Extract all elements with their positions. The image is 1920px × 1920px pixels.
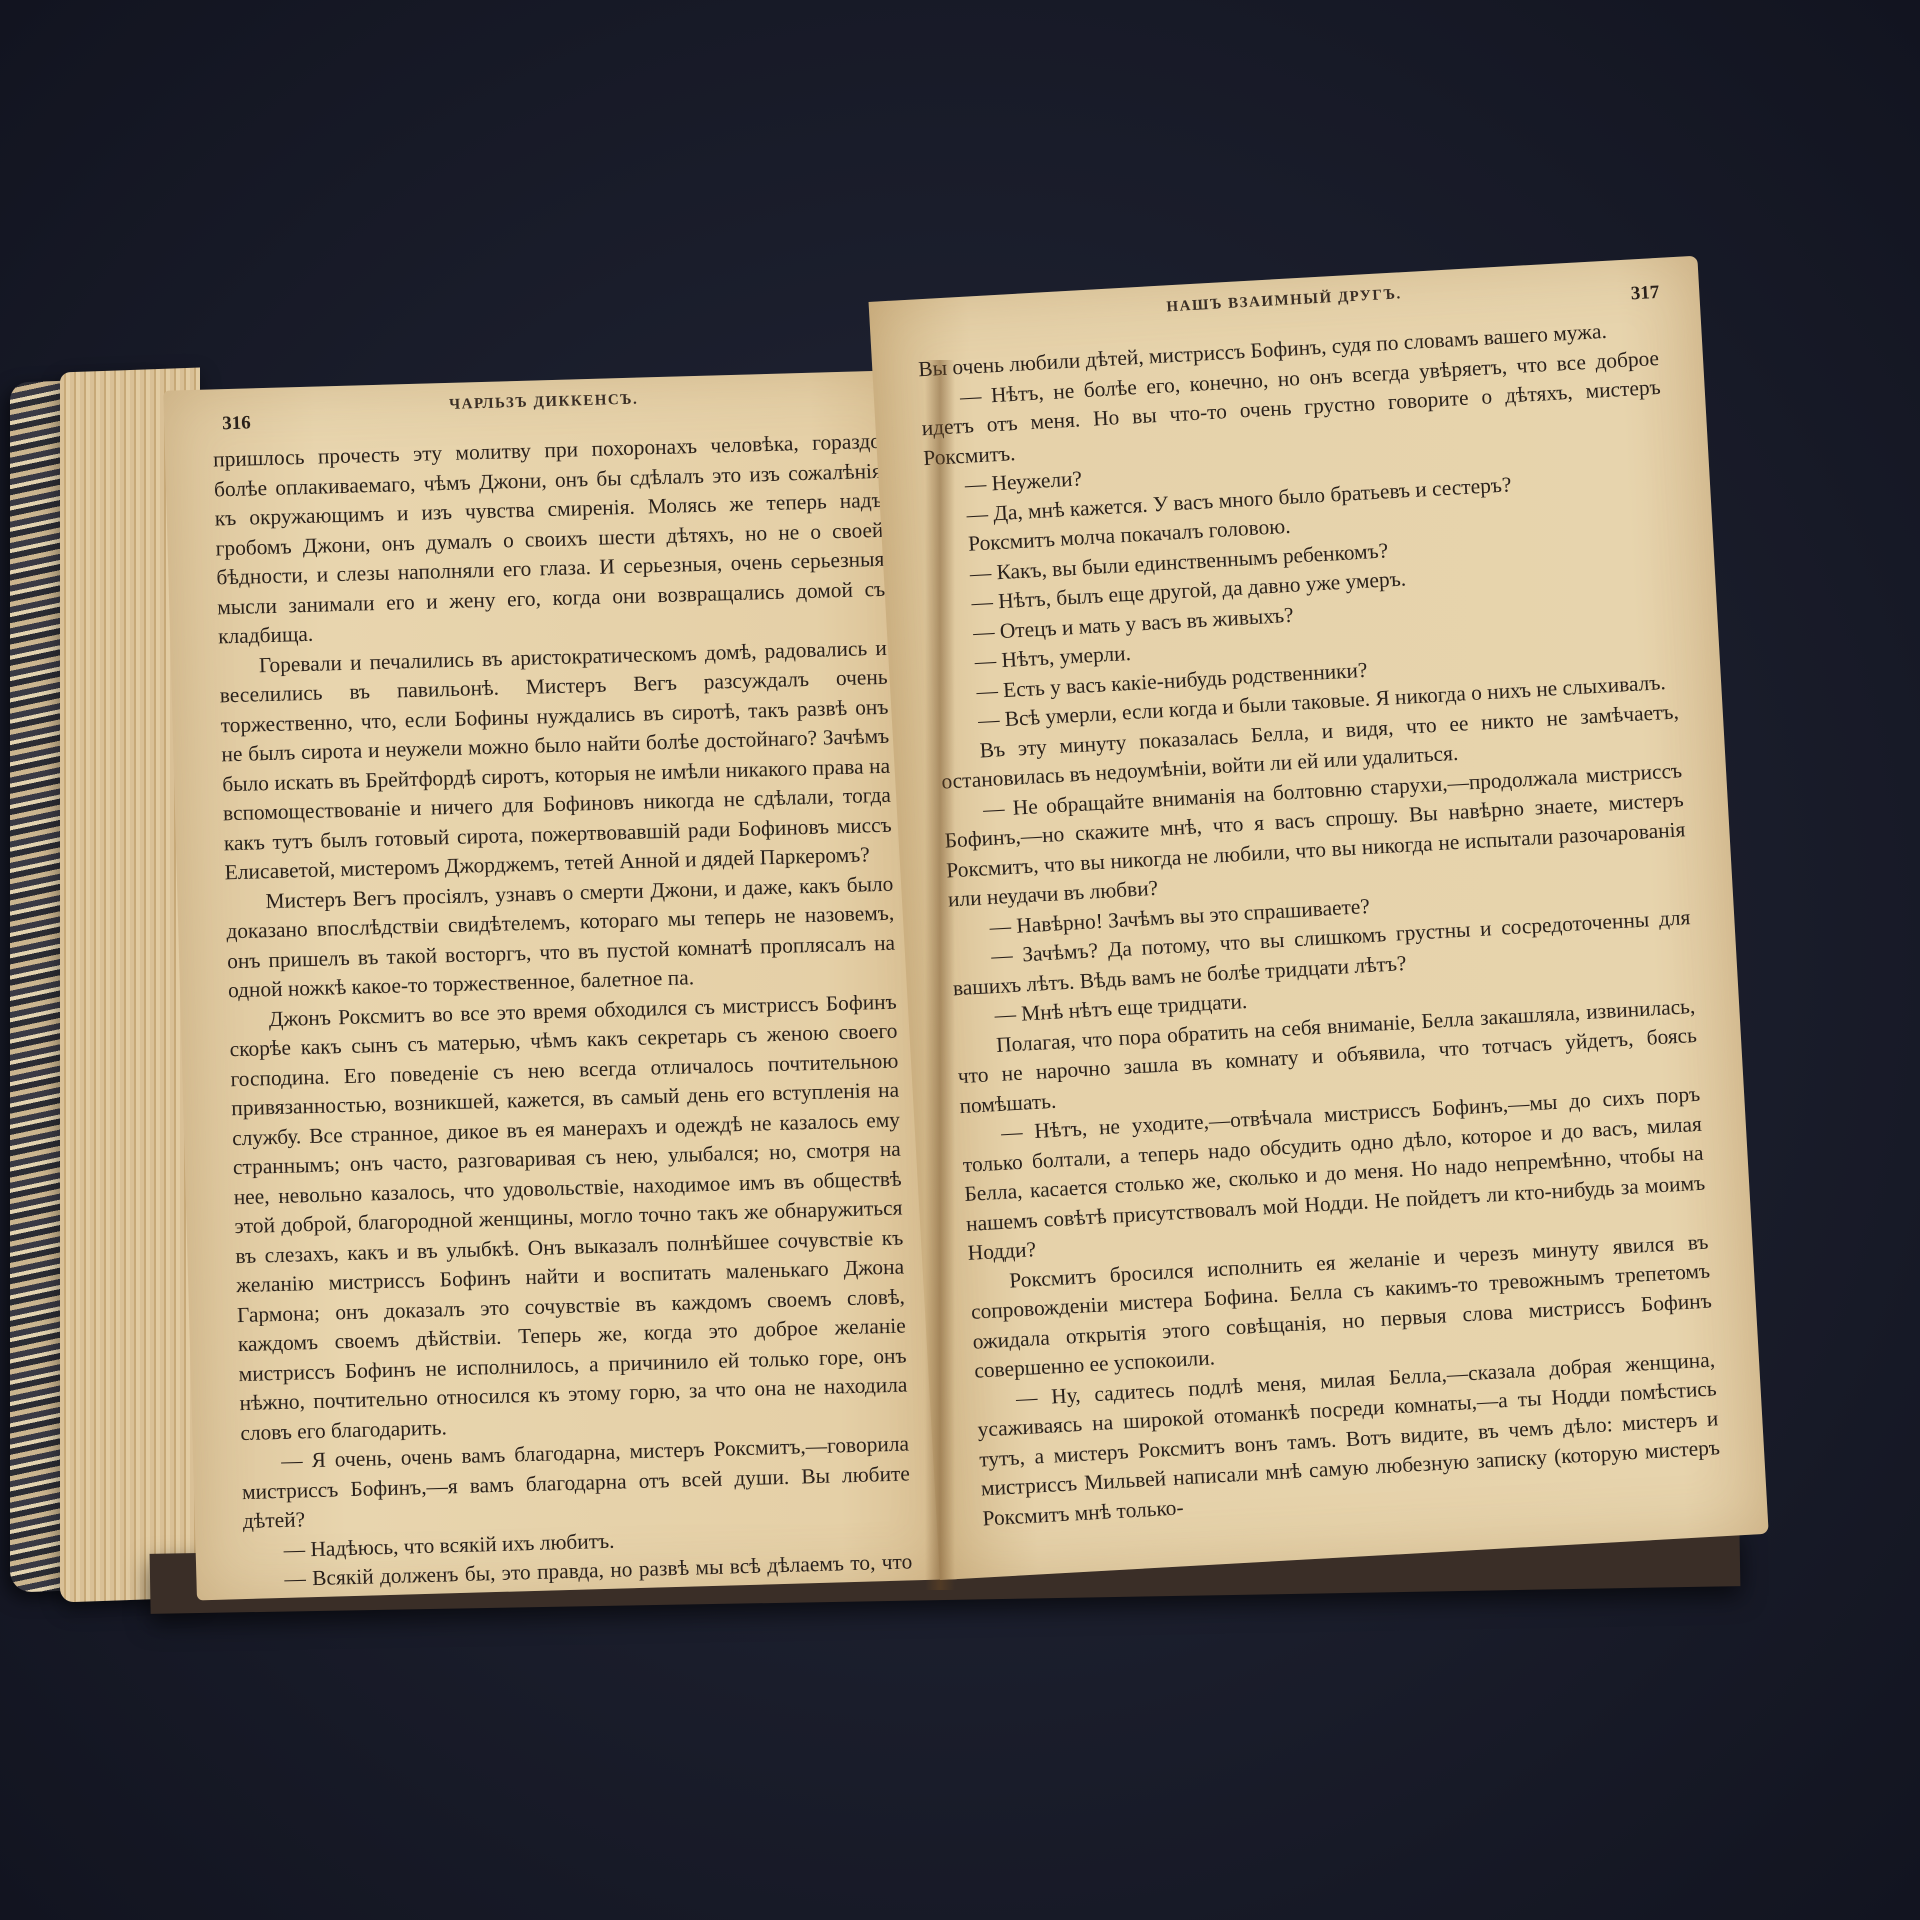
- paragraph: Мистеръ Вегъ просіялъ, узнавъ о смерти Д…: [225, 869, 896, 1006]
- page-number-right: 317: [1630, 282, 1660, 306]
- page-number-left: 316: [222, 412, 251, 435]
- page-text-left: пришлось прочесть эту молитву при похоро…: [213, 427, 915, 1601]
- paragraph: Горевали и печалились въ аристократическ…: [219, 633, 893, 888]
- right-page: Нашъ взаимный другъ. 317 Вы очень любили…: [869, 256, 1769, 1580]
- running-head-left: Чарльзъ Диккенсъ.: [164, 384, 924, 422]
- page-text-right: Вы очень любили дѣтей, мистриссъ Бофинъ,…: [918, 314, 1723, 1533]
- paragraph: Джонъ Роксмитъ во все это время обходилс…: [228, 987, 908, 1448]
- book-gutter: [925, 360, 955, 1590]
- open-book: Чарльзъ Диккенсъ. 316 пришлось прочесть …: [0, 0, 1920, 1920]
- paragraph: пришлось прочесть эту молитву при похоро…: [213, 427, 887, 652]
- left-page: Чарльзъ Диккенсъ. 316 пришлось прочесть …: [163, 370, 956, 1601]
